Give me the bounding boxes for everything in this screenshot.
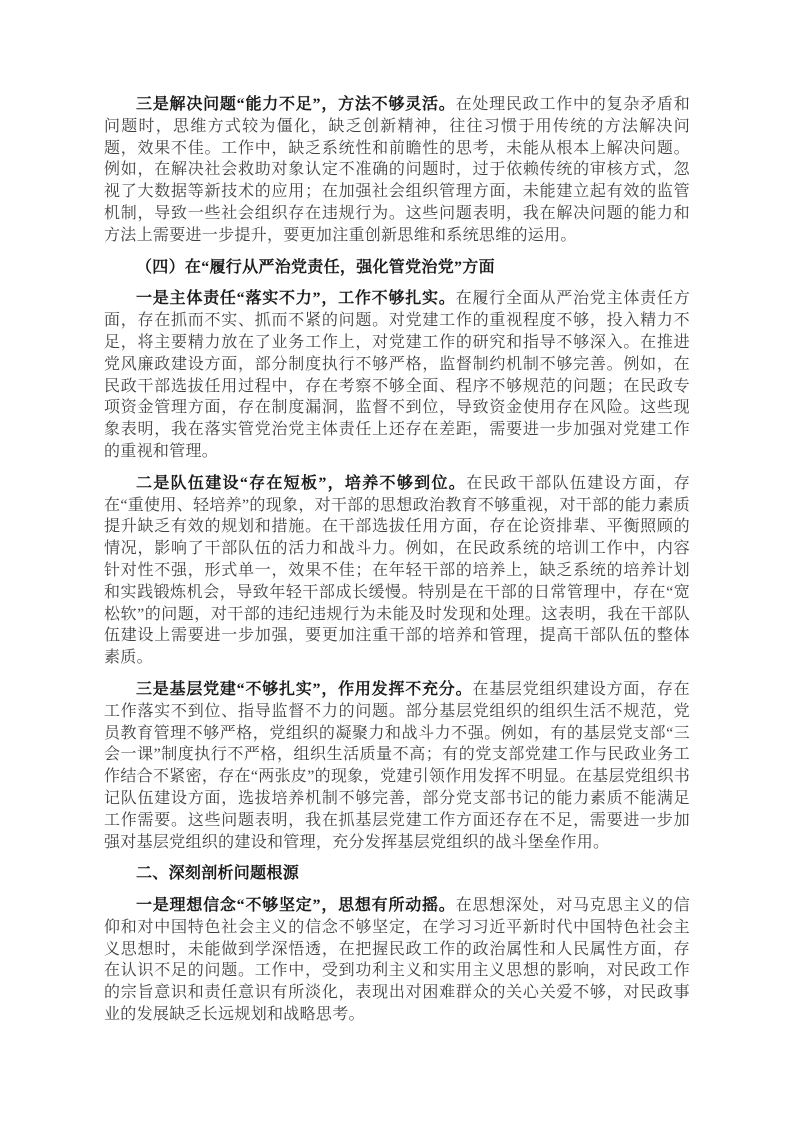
paragraph-body: 在思想深处，对马克思主义的信仰和对中国特色社会主义的信念不够坚定，在学习习近平新… <box>104 897 690 1023</box>
paragraph-lead: 一是主体责任“落实不力”，工作不够扎实。 <box>136 290 456 307</box>
paragraph-body: 在履行全面从严治党主体责任方面，存在抓而不实、抓而不紧的问题。对党建工作的重视程… <box>104 290 690 460</box>
paragraph-body: 在处理民政工作中的复杂矛盾和问题时，思维方式较为僵化，缺乏创新精神，往往习惯于用… <box>104 96 690 244</box>
paragraph: 一是主体责任“落实不力”，工作不够扎实。在履行全面从严治党主体责任方面，存在抓而… <box>104 288 690 462</box>
section-heading: （四）在“履行从严治党责任，强化管党治党”方面 <box>104 257 690 279</box>
paragraph-lead: 二是队伍建设“存在短板”，培养不够到位。 <box>136 475 466 492</box>
section-heading: 二、深刻剖析问题根源 <box>104 863 690 885</box>
document-content: 三是解决问题“能力不足”，方法不够灵活。在处理民政工作中的复杂矛盾和问题时，思维… <box>104 94 690 1026</box>
document-page: 三是解决问题“能力不足”，方法不够灵活。在处理民政工作中的复杂矛盾和问题时，思维… <box>0 0 793 1122</box>
paragraph: 三是基层党建“不够扎实”，作用发挥不充分。在基层党组织建设方面，存在工作落实不到… <box>104 679 690 853</box>
paragraph: 二是队伍建设“存在短板”，培养不够到位。在民政干部队伍建设方面，存在“重使用、轻… <box>104 473 690 669</box>
paragraph-lead: 三是解决问题“能力不足”，方法不够灵活。 <box>136 96 456 113</box>
paragraph: 三是解决问题“能力不足”，方法不够灵活。在处理民政工作中的复杂矛盾和问题时，思维… <box>104 94 690 247</box>
paragraph-lead: 三是基层党建“不够扎实”，作用发挥不充分。 <box>136 681 472 698</box>
paragraph-body: 在基层党组织建设方面，存在工作落实不到位、指导监督不力的问题。部分基层党组织的组… <box>104 681 690 851</box>
paragraph-lead: 一是理想信念“不够坚定”，思想有所动摇。 <box>136 897 456 914</box>
paragraph: 一是理想信念“不够坚定”，思想有所动摇。在思想深处，对马克思主义的信仰和对中国特… <box>104 895 690 1026</box>
paragraph-body: 在民政干部队伍建设方面，存在“重使用、轻培养”的现象，对干部的思想政治教育不够重… <box>104 475 690 666</box>
